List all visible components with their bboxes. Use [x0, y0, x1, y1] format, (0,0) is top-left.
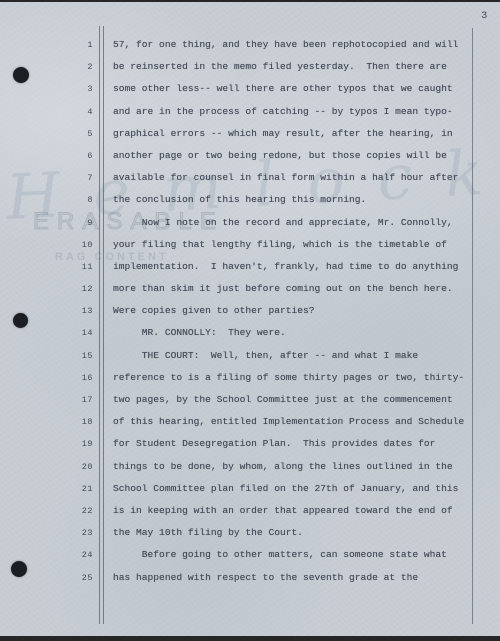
transcript-line: 21School Committee plan filed on the 27t… — [0, 478, 500, 500]
line-number: 8 — [0, 189, 93, 211]
line-number: 21 — [0, 478, 93, 500]
transcript-line: 9 Now I note on the record and appreciat… — [0, 212, 500, 234]
transcript-line: 5graphical errors -- which may result, a… — [0, 123, 500, 145]
line-text: things to be done, by whom, along the li… — [113, 456, 453, 478]
line-text: MR. CONNOLLY: They were. — [113, 322, 286, 344]
transcript-line: 7available for counsel in final form wit… — [0, 167, 500, 189]
transcript-line: 4and are in the process of catching -- b… — [0, 101, 500, 123]
scanned-transcript-page: Hemlock ERASABLE RAG CONTENT 3 157, for … — [0, 2, 500, 636]
line-number: 7 — [0, 167, 93, 189]
line-text: two pages, by the School Committee just … — [113, 389, 453, 411]
transcript-line: 17two pages, by the School Committee jus… — [0, 389, 500, 411]
line-text: Now I note on the record and appreciate,… — [113, 212, 453, 234]
transcript-line: 10your filing that lengthy filing, which… — [0, 234, 500, 256]
line-text: available for counsel in final form with… — [113, 167, 458, 189]
line-number: 1 — [0, 34, 93, 56]
page-number: 3 — [481, 10, 487, 22]
line-text: another page or two being redone, but th… — [113, 145, 447, 167]
transcript-line: 2be reinserted in the memo filed yesterd… — [0, 56, 500, 78]
line-number: 11 — [0, 256, 93, 278]
line-number: 12 — [0, 278, 93, 300]
line-number: 22 — [0, 500, 93, 522]
line-text: 57, for one thing, and they have been re… — [113, 34, 458, 56]
line-text: School Committee plan filed on the 27th … — [113, 478, 458, 500]
line-text: Were copies given to other parties? — [113, 300, 315, 322]
line-text: reference to is a filing of some thirty … — [113, 367, 464, 389]
hole-punch-middle — [13, 313, 28, 328]
transcript-line: 20things to be done, by whom, along the … — [0, 456, 500, 478]
transcript-lines: 157, for one thing, and they have been r… — [0, 34, 500, 589]
line-number: 15 — [0, 345, 93, 367]
hole-punch-bottom — [11, 561, 27, 577]
line-number: 14 — [0, 322, 93, 344]
line-text: graphical errors -- which may result, af… — [113, 123, 453, 145]
transcript-line: 25has happened with respect to the seven… — [0, 567, 500, 589]
line-text: implementation. I haven't, frankly, had … — [113, 256, 458, 278]
transcript-line: 13Were copies given to other parties? — [0, 300, 500, 322]
line-text: Before going to other matters, can someo… — [113, 544, 447, 566]
line-number: 20 — [0, 456, 93, 478]
line-text: of this hearing, entitled Implementation… — [113, 411, 464, 433]
line-text: your filing that lengthy filing, which i… — [113, 234, 447, 256]
hole-punch-top — [13, 67, 29, 83]
transcript-line: 3some other less-- well there are other … — [0, 78, 500, 100]
line-number: 19 — [0, 433, 93, 455]
transcript-line: 15 THE COURT: Well, then, after -- and w… — [0, 345, 500, 367]
transcript-line: 16reference to is a filing of some thirt… — [0, 367, 500, 389]
line-number: 5 — [0, 123, 93, 145]
transcript-line: 157, for one thing, and they have been r… — [0, 34, 500, 56]
transcript-line: 6another page or two being redone, but t… — [0, 145, 500, 167]
line-number: 10 — [0, 234, 93, 256]
line-text: has happened with respect to the seventh… — [113, 567, 418, 589]
line-text: the May 10th filing by the Court. — [113, 522, 303, 544]
transcript-line: 24 Before going to other matters, can so… — [0, 544, 500, 566]
line-text: is in keeping with an order that appeare… — [113, 500, 453, 522]
transcript-line: 14 MR. CONNOLLY: They were. — [0, 322, 500, 344]
line-text: THE COURT: Well, then, after -- and what… — [113, 345, 418, 367]
line-number: 18 — [0, 411, 93, 433]
line-text: for Student Desegregation Plan. This pro… — [113, 433, 435, 455]
line-number: 16 — [0, 367, 93, 389]
transcript-line: 23the May 10th filing by the Court. — [0, 522, 500, 544]
line-text: and are in the process of catching -- by… — [113, 101, 453, 123]
line-text: some other less-- well there are other t… — [113, 78, 453, 100]
transcript-line: 11implementation. I haven't, frankly, ha… — [0, 256, 500, 278]
line-number: 6 — [0, 145, 93, 167]
line-number: 23 — [0, 522, 93, 544]
transcript-line: 12more than skim it just before coming o… — [0, 278, 500, 300]
line-number: 9 — [0, 212, 93, 234]
line-number: 3 — [0, 78, 93, 100]
line-text: the conclusion of this hearing this morn… — [113, 189, 366, 211]
line-number: 4 — [0, 101, 93, 123]
transcript-line: 8the conclusion of this hearing this mor… — [0, 189, 500, 211]
line-text: be reinserted in the memo filed yesterda… — [113, 56, 447, 78]
transcript-line: 18of this hearing, entitled Implementati… — [0, 411, 500, 433]
line-text: more than skim it just before coming out… — [113, 278, 453, 300]
line-number: 17 — [0, 389, 93, 411]
transcript-line: 19for Student Desegregation Plan. This p… — [0, 433, 500, 455]
transcript-line: 22is in keeping with an order that appea… — [0, 500, 500, 522]
